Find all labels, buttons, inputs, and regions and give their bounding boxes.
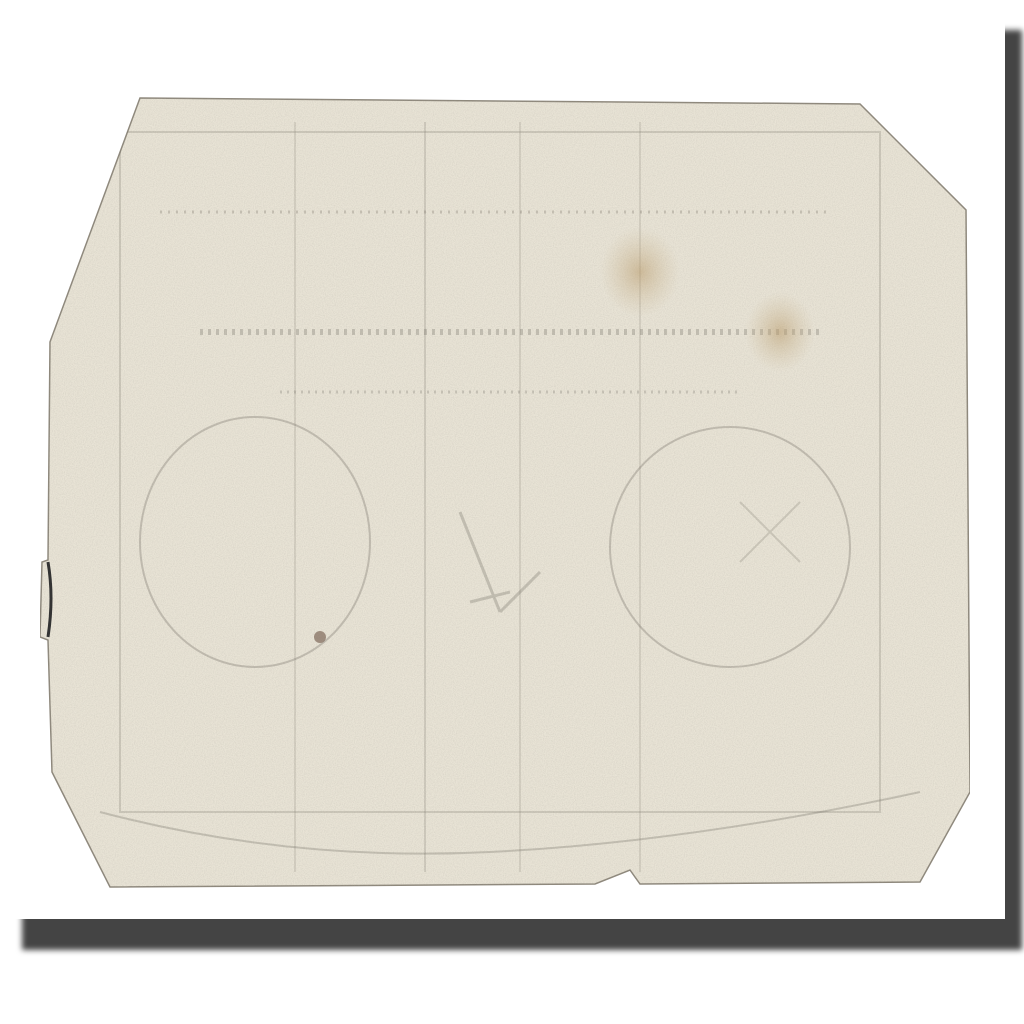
banknote xyxy=(40,92,970,892)
photo-card xyxy=(0,0,1005,919)
banknote-paper xyxy=(40,92,970,892)
